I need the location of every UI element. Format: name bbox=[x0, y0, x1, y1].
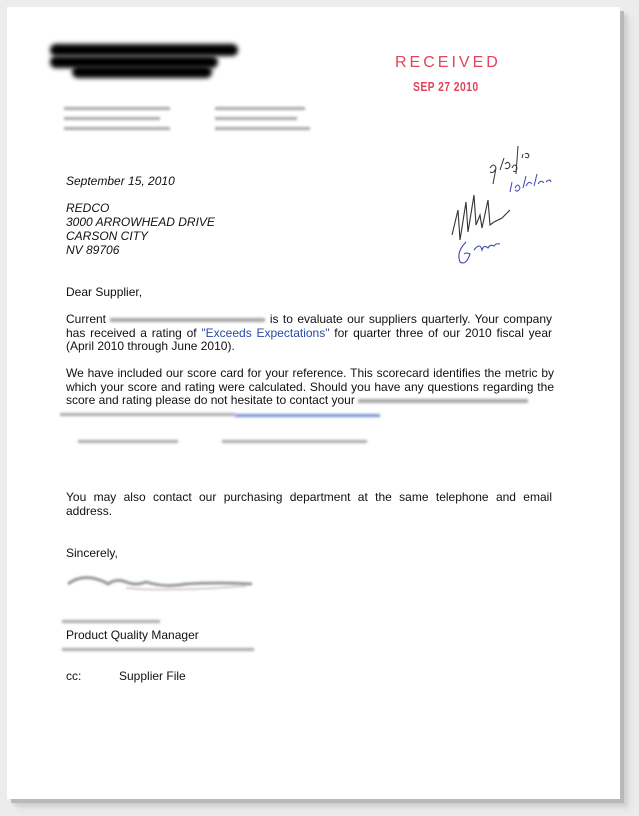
handwritten-initials bbox=[430, 140, 570, 270]
redacted-header-left-2 bbox=[64, 117, 160, 120]
redacted-signer-department bbox=[62, 648, 254, 651]
redacted-signer-name bbox=[62, 620, 160, 623]
paragraph-purchasing: You may also contact our purchasing depa… bbox=[66, 491, 552, 518]
paragraph-rating: Current is to evaluate our suppliers qua… bbox=[66, 313, 552, 354]
signature bbox=[66, 574, 256, 594]
paragraph-scorecard: We have included our score card for your… bbox=[66, 367, 554, 408]
para1-start: Current bbox=[66, 312, 106, 326]
redacted-program-name bbox=[110, 318, 265, 322]
cc-value: Supplier File bbox=[119, 669, 186, 683]
letter-date: September 15, 2010 bbox=[66, 174, 175, 188]
recipient-city: CARSON CITY bbox=[66, 229, 148, 243]
salutation: Dear Supplier, bbox=[66, 285, 142, 299]
redacted-phone bbox=[78, 440, 178, 443]
redacted-email-link[interactable] bbox=[235, 414, 380, 417]
received-stamp-label: RECEIVED bbox=[395, 54, 501, 72]
redacted-contact-name bbox=[358, 399, 528, 403]
redacted-contact-line bbox=[60, 413, 235, 416]
redacted-email bbox=[222, 440, 367, 443]
redacted-header-right-1 bbox=[215, 107, 305, 110]
redacted-header-right-3 bbox=[215, 127, 310, 130]
closing: Sincerely, bbox=[66, 546, 118, 560]
recipient-street: 3000 ARROWHEAD DRIVE bbox=[66, 215, 215, 229]
redacted-letterhead-line-3 bbox=[72, 66, 212, 78]
signer-title: Product Quality Manager bbox=[66, 628, 199, 642]
redacted-letterhead-line-1 bbox=[50, 44, 238, 56]
redacted-header-left-1 bbox=[64, 107, 170, 110]
cc-label: cc: bbox=[66, 669, 81, 683]
redacted-header-right-2 bbox=[215, 117, 297, 120]
rating-highlight: "Exceeds Expectations" bbox=[201, 326, 329, 340]
redacted-header-left-3 bbox=[64, 127, 170, 130]
received-stamp-date: SEP 27 2010 bbox=[413, 79, 479, 94]
recipient-name: REDCO bbox=[66, 201, 109, 215]
recipient-state-zip: NV 89706 bbox=[66, 243, 119, 257]
